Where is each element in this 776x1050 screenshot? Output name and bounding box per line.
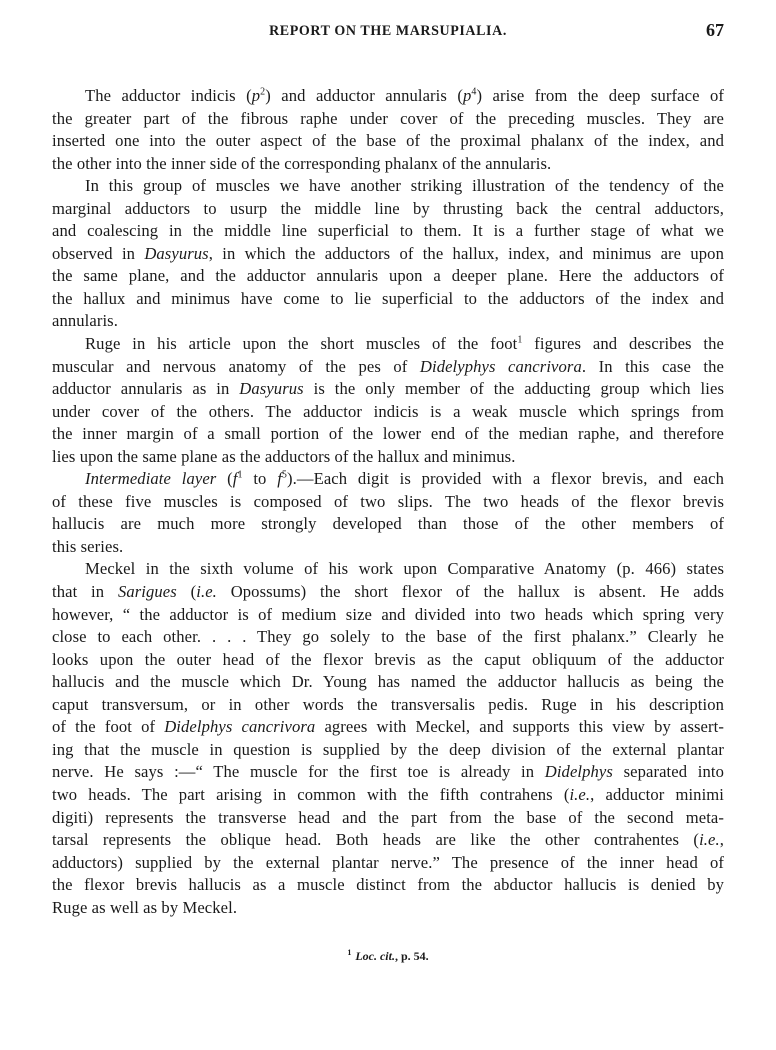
paragraph: Intermediate layer (f1 to f5).—Each digi… [52, 468, 724, 558]
superscript: 5 [282, 470, 287, 481]
text-line: In this group of muscles we have another… [52, 175, 724, 198]
text-line: of the foot of Didelphys cancrivora agre… [52, 716, 724, 739]
text-line: ing that the muscle in question is suppl… [52, 739, 724, 762]
italic-term: Sarigues [118, 582, 177, 601]
text-line: of these five muscles is composed of two… [52, 491, 724, 514]
superscript: 1 [237, 470, 242, 481]
text-line: adductor annularis as in Dasyurus is the… [52, 378, 724, 401]
text-line: The adductor indicis (p2) and adductor a… [52, 85, 724, 108]
text-line: close to each other. . . . They go solel… [52, 626, 724, 649]
page-number: 67 [706, 20, 724, 41]
text-line: the flexor brevis hallucis as a muscle d… [52, 874, 724, 897]
italic-term: Dasyurus [144, 244, 208, 263]
text-line: however, “ the adductor is of medium siz… [52, 604, 724, 627]
italic-term: p [252, 86, 260, 105]
text-line: the same plane, and the adductor annular… [52, 265, 724, 288]
text-line: adductors) supplied by the external plan… [52, 852, 724, 875]
running-head: REPORT ON THE MARSUPIALIA. 67 [52, 18, 724, 42]
text-line: two heads. The part arising in common wi… [52, 784, 724, 807]
text-line: Meckel in the sixth volume of his work u… [52, 558, 724, 581]
text-line: observed in Dasyurus, in which the adduc… [52, 243, 724, 266]
text-line: the hallux and minimus have come to lie … [52, 288, 724, 311]
text-line: caput transversum, or in other words the… [52, 694, 724, 717]
paragraph: Meckel in the sixth volume of his work u… [52, 558, 724, 919]
italic-term: Dasyurus [239, 379, 303, 398]
italic-term: i.e. [699, 830, 720, 849]
text-line: hallucis are much more strongly develope… [52, 513, 724, 536]
running-title: REPORT ON THE MARSUPIALIA. [52, 24, 724, 41]
text-line: digiti) represents the transverse head a… [52, 807, 724, 830]
superscript: 2 [260, 86, 265, 97]
text-line: lies upon the same plane as the adductor… [52, 446, 724, 469]
footnote-mark: 1 [347, 948, 351, 957]
italic-term: Didelphys [545, 762, 613, 781]
text-line: hallucis and the muscle which Dr. Young … [52, 671, 724, 694]
text-line: inserted one into the outer aspect of th… [52, 130, 724, 153]
paragraph: In this group of muscles we have another… [52, 175, 724, 333]
superscript: 1 [517, 334, 522, 345]
text-line: this series. [52, 536, 724, 559]
text-line: under cover of the others. The adductor … [52, 401, 724, 424]
text-line: and coalescing in the middle line superf… [52, 220, 724, 243]
text-line: marginal adductors to usurp the middle l… [52, 198, 724, 221]
text-line: the other into the inner side of the cor… [52, 153, 724, 176]
italic-term: i.e. [196, 582, 217, 601]
text-line: that in Sarigues (i.e. Opossums) the sho… [52, 581, 724, 604]
italic-term: Didelphys cancrivora [164, 717, 315, 736]
text-line: looks upon the outer head of the flexor … [52, 649, 724, 672]
italic-term: i.e. [569, 785, 590, 804]
footnote-citation-italic: Loc. cit. [355, 949, 395, 963]
italic-term: Intermediate layer [85, 469, 216, 488]
text-line: nerve. He says :—“ The muscle for the fi… [52, 761, 724, 784]
text-line: muscular and nervous anatomy of the pes … [52, 356, 724, 379]
text-line: annularis. [52, 310, 724, 333]
italic-term: Didelyphys cancrivora [420, 357, 582, 376]
text-line: Intermediate layer (f1 to f5).—Each digi… [52, 468, 724, 491]
footnote: 1Loc. cit., p. 54. [0, 948, 776, 964]
text-line: the greater part of the fibrous raphe un… [52, 108, 724, 131]
paragraph: Ruge in his article upon the short muscl… [52, 333, 724, 468]
body-text: The adductor indicis (p2) and adductor a… [52, 85, 724, 919]
text-line: tarsal represents the oblique head. Both… [52, 829, 724, 852]
text-line: the inner margin of a small portion of t… [52, 423, 724, 446]
superscript: 4 [471, 86, 476, 97]
paragraph: The adductor indicis (p2) and adductor a… [52, 85, 724, 175]
footnote-citation-rest: , p. 54. [395, 949, 429, 963]
document-page: REPORT ON THE MARSUPIALIA. 67 The adduct… [0, 0, 776, 1050]
text-line: Ruge as well as by Meckel. [52, 897, 724, 920]
text-line: Ruge in his article upon the short muscl… [52, 333, 724, 356]
